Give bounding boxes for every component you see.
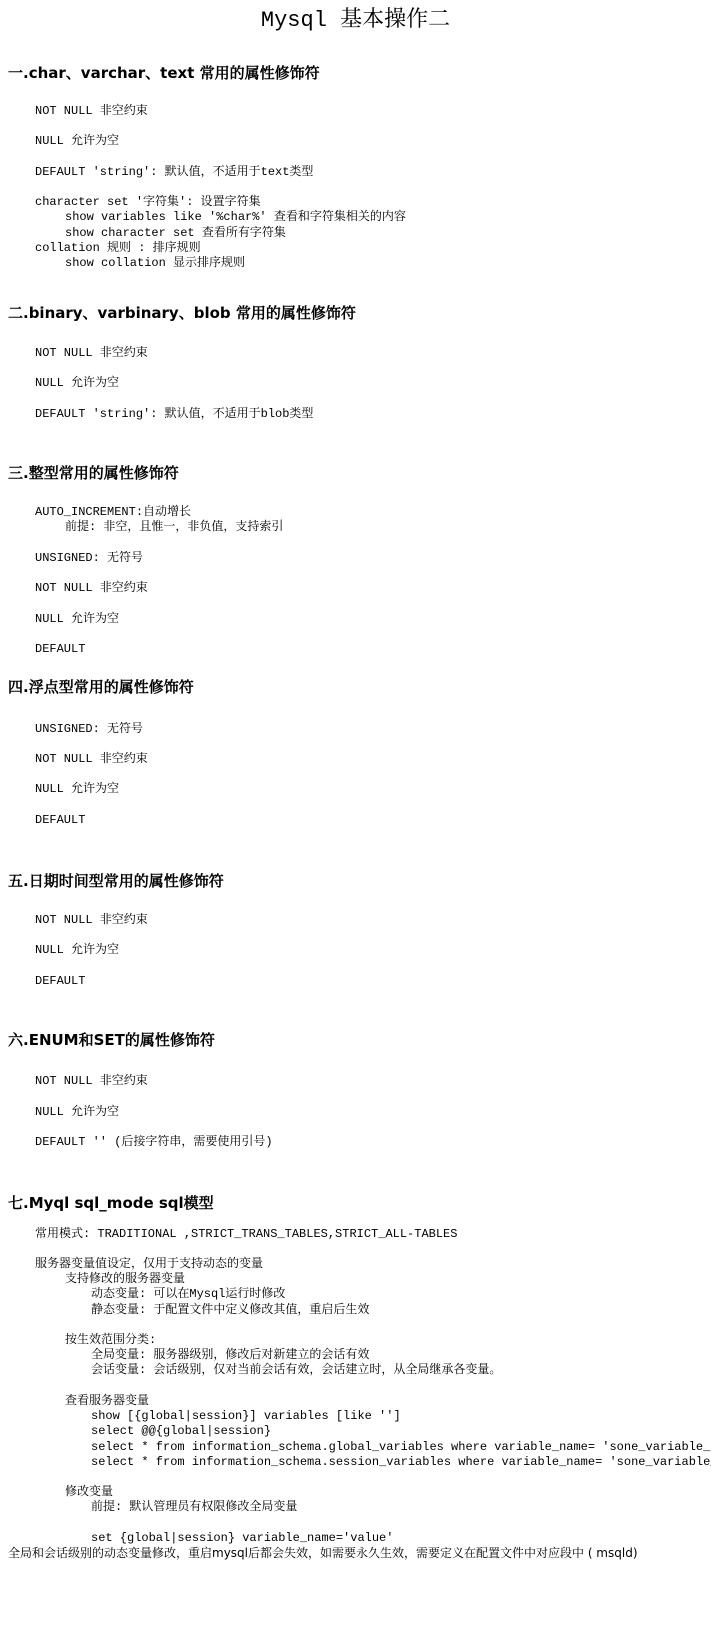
list-item: UNSIGNED: 无符号	[35, 550, 143, 566]
code-line: show [{global|session}] variables [like …	[91, 1408, 401, 1424]
code-line: select * from information_schema.session…	[91, 1454, 711, 1470]
list-item: DEFAULT '' (后接字符串，需要使用引号)	[35, 1134, 273, 1150]
list-item: 修改变量	[65, 1484, 113, 1500]
list-item: NOT NULL 非空约束	[35, 345, 148, 361]
list-item: DEFAULT	[35, 641, 85, 657]
list-item: collation 规则 : 排序规则	[35, 240, 201, 256]
list-item: NOT NULL 非空约束	[35, 1073, 148, 1089]
list-item: NOT NULL 非空约束	[35, 103, 148, 119]
list-item: NULL 允许为空	[35, 133, 119, 149]
list-item: AUTO_INCREMENT:自动增长	[35, 504, 191, 520]
list-item: NULL 允许为空	[35, 611, 119, 627]
list-item: 支持修改的服务器变量	[65, 1271, 185, 1287]
section-heading: 五.日期时间型常用的属性修饰符	[8, 871, 224, 891]
list-item: 前提: 非空，且惟一，非负值，支持索引	[65, 519, 283, 535]
list-item: 全局变量: 服务器级别，修改后对新建立的会话有效	[91, 1347, 369, 1363]
list-item: DEFAULT	[35, 973, 85, 989]
list-item: DEFAULT	[35, 812, 85, 828]
footnote: 全局和会话级别的动态变量修改，重启mysql后都会失效，如需要永久生效，需要定义…	[8, 1545, 638, 1561]
list-item: 静态变量: 于配置文件中定义修改其值，重启后生效	[91, 1302, 369, 1318]
list-item: NULL 允许为空	[35, 1104, 119, 1120]
section-heading: 四.浮点型常用的属性修饰符	[8, 677, 194, 697]
list-item: show collation 显示排序规则	[65, 255, 245, 271]
list-item: 服务器变量值设定，仅用于支持动态的变量	[35, 1256, 263, 1272]
code-line: set {global|session} variable_name='valu…	[91, 1530, 393, 1546]
section-heading: 二.binary、varbinary、blob 常用的属性修饰符	[8, 303, 356, 323]
list-item: 会话变量: 会话级别，仅对当前会话有效，会话建立时，从全局继承各变量。	[91, 1362, 501, 1378]
list-item: NULL 允许为空	[35, 781, 119, 797]
list-item: 查看服务器变量	[65, 1393, 149, 1409]
section-heading: 七.Myql sql_mode sql模型	[8, 1193, 214, 1213]
list-item: 按生效范围分类:	[65, 1332, 156, 1348]
list-item: character set '字符集': 设置字符集	[35, 194, 261, 210]
list-item: show character set 查看所有字符集	[65, 225, 286, 241]
list-item: NULL 允许为空	[35, 375, 119, 391]
list-item: 前提: 默认管理员有权限修改全局变量	[91, 1499, 297, 1515]
list-item: DEFAULT 'string': 默认值，不适用于text类型	[35, 164, 313, 180]
list-item: 常用模式: TRADITIONAL ,STRICT_TRANS_TABLES,S…	[35, 1226, 457, 1242]
list-item: NULL 允许为空	[35, 942, 119, 958]
list-item: 动态变量: 可以在Mysql运行时修改	[91, 1286, 285, 1302]
code-line: select @@{global|session}	[91, 1423, 271, 1439]
list-item: show variables like '%char%' 查看和字符集相关的内容	[65, 209, 406, 225]
section-heading: 三.整型常用的属性修饰符	[8, 463, 179, 483]
list-item: NOT NULL 非空约束	[35, 751, 148, 767]
section-heading: 六.ENUM和SET的属性修饰符	[8, 1030, 215, 1050]
document-title: Mysql 基本操作二	[0, 6, 711, 36]
list-item: UNSIGNED: 无符号	[35, 721, 143, 737]
list-item: NOT NULL 非空约束	[35, 580, 148, 596]
section-heading: 一.char、varchar、text 常用的属性修饰符	[8, 63, 320, 83]
list-item: DEFAULT 'string': 默认值，不适用于blob类型	[35, 406, 313, 422]
code-line: select * from information_schema.global_…	[91, 1439, 711, 1455]
list-item: NOT NULL 非空约束	[35, 912, 148, 928]
